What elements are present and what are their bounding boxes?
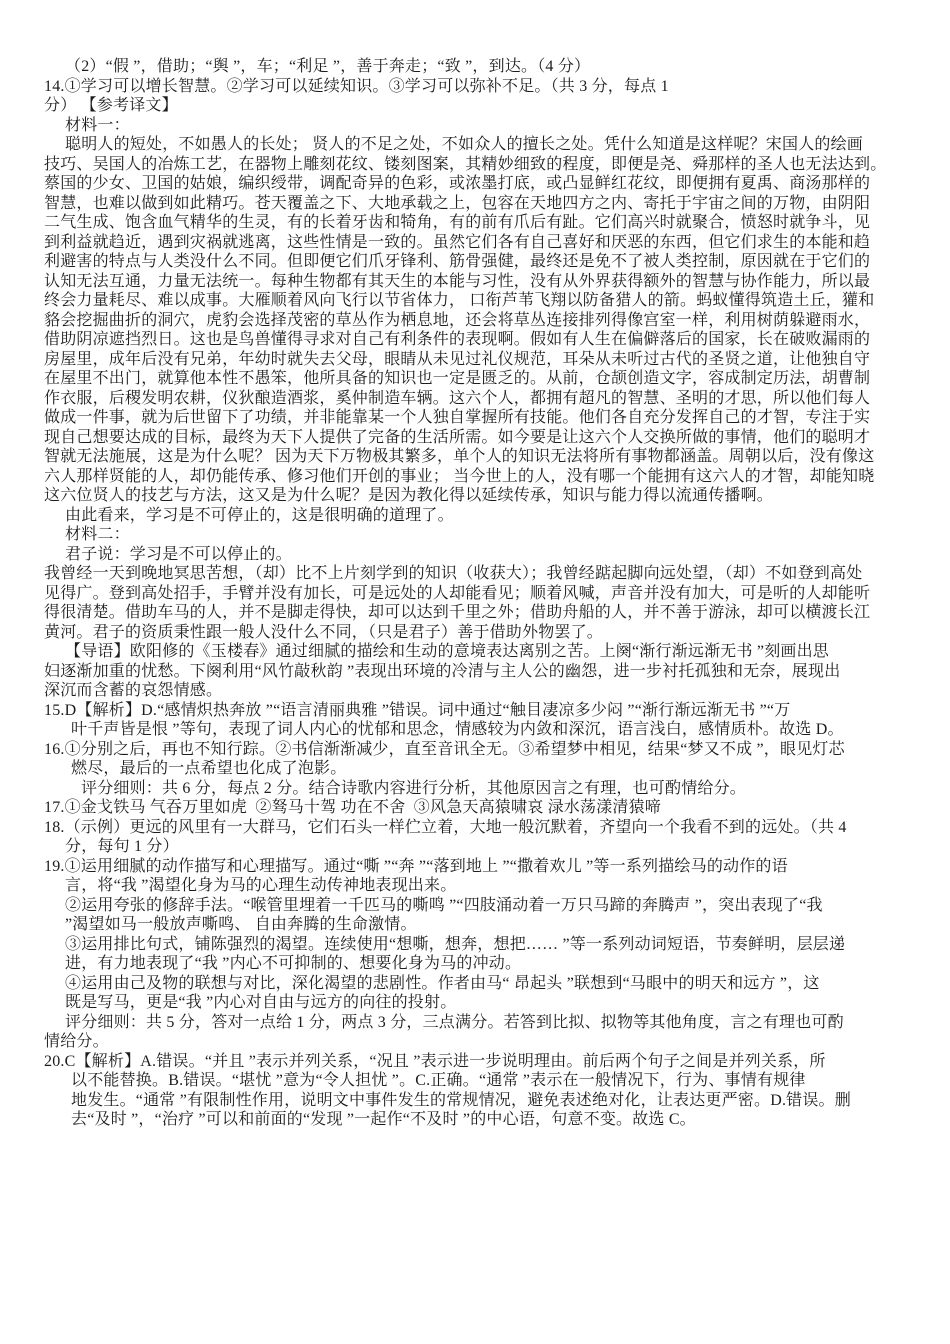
doc-line: 貉会挖掘曲折的洞穴，虎豹会选择茂密的草丛作为栖息地，还会将草丛连接排列得像宫室一…: [44, 311, 930, 331]
doc-line: 既是写马，更是“我 ”内心对自由与远方的向往的投射。: [44, 993, 930, 1013]
doc-line: 黄河。君子的资质秉性跟一般人没什么不同，（只是君子）善于借助外物罢了。: [44, 623, 930, 643]
doc-line: 妇逐渐加重的忧愁。下阕利用“风竹敲秋韵 ”表现出环境的冷清与主人公的幽怨，进一步…: [44, 662, 930, 682]
answer-document: （2）“假 ”，借助；“舆 ”，车；“利足 ”，善于奔走；“致 ”，到达。（4 …: [44, 57, 930, 1130]
doc-line: 分，每句 1 分）: [44, 837, 930, 857]
answer-sheet-page: （2）“假 ”，借助；“舆 ”，车；“利足 ”，善于奔走；“致 ”，到达。（4 …: [0, 0, 950, 1344]
doc-line: 到利益就趋近，遇到灾祸就逃离，这些性情是一致的。虽然它们各有自己喜好和厌恶的东西…: [44, 233, 930, 253]
doc-line: 得很清楚。借助车马的人，并不是脚走得快，却可以达到千里之外；借助舟船的人，并不善…: [44, 603, 930, 623]
doc-line: （2）“假 ”，借助；“舆 ”，车；“利足 ”，善于奔走；“致 ”，到达。（4 …: [44, 57, 930, 77]
doc-line: 20.C【解析】A.错误。“并且 ”表示并列关系，“况且 ”表示进一步说明理由。…: [44, 1052, 930, 1072]
doc-line: 深沉而含蓄的哀怨情感。: [44, 681, 930, 701]
doc-line: 我曾经一天到晚地冥思苦想，（却）比不上片刻学到的知识（收获大）；我曾经踮起脚向远…: [44, 564, 930, 584]
doc-line: 情给分。: [44, 1032, 930, 1052]
doc-line: 地发生。“通常 ”有限制性作用，说明文中事件发生的常规情况，避免表述绝对化，让表…: [44, 1091, 930, 1111]
doc-line: 这六位贤人的技艺与方法，这又是为什么呢？是因为教化得以延续传承，知识与能力得以流…: [44, 486, 930, 506]
doc-line: 评分细则：共 5 分，答对一点给 1 分，两点 3 分，三点满分。若答到比拟、拟…: [44, 1013, 930, 1033]
doc-line: 叶千声皆是恨 ”等句，表现了词人内心的忧郁和思念，情感较为内敛和深沉，语言浅白，…: [44, 720, 930, 740]
doc-line: 智慧，也难以做到如此精巧。苍天覆盖之下、大地承载之上，包容在天地四方之内、寄托于…: [44, 194, 930, 214]
doc-line: 以不能替换。B.错误。“堪忧 ”意为“令人担忧 ”。C.正确。“通常 ”表示在一…: [44, 1071, 930, 1091]
doc-line: 蔡国的少女、卫国的姑娘，编织绶带，调配奇异的色彩，或浓墨打底，或凸显鲜红花纹，即…: [44, 174, 930, 194]
doc-line: 15.D【解析】D.“感情炽热奔放 ”“语言清丽典雅 ”错误。词中通过“触目凄凉…: [44, 701, 930, 721]
doc-line: ②运用夸张的修辞手法。“喉管里埋着一千匹马的嘶鸣 ”“四肢涌动着一万只马蹄的奔腾…: [44, 896, 930, 916]
doc-line: 14.①学习可以增长智慧。②学习可以延续知识。③学习可以弥补不足。（共 3 分，…: [44, 77, 930, 97]
doc-line: 君子说：学习是不可以停止的。: [44, 545, 930, 565]
doc-line: 19.①运用细腻的动作描写和心理描写。通过“嘶 ”“奔 ”“落到地上 ”“撒着欢…: [44, 857, 930, 877]
doc-line: 言，将“我 ”渴望化身为马的心理生动传神地表现出来。: [44, 876, 930, 896]
doc-line: ”渴望如马一般放声嘶鸣、 自由奔腾的生命激情。: [44, 915, 930, 935]
doc-line: 二气生成、饱含血气精华的生灵，有的长着牙齿和犄角，有的前有爪后有趾。它们高兴时就…: [44, 213, 930, 233]
doc-line: 材料一：: [44, 116, 930, 136]
doc-line: 进，有力地表现了“我 ”内心不可抑制的、想要化身为马的冲动。: [44, 954, 930, 974]
doc-line: 去“及时 ”，“治疗 ”可以和前面的“发现 ”一起作“不及时 ”的中心语，句意不…: [44, 1110, 930, 1130]
doc-line: 认知无法互通，力量无法统一。每种生物都有其天生的本能与习性，没有从外界获得额外的…: [44, 272, 930, 292]
doc-line: 利避害的特点与人类没什么不同。但即便它们爪牙锋利、筋骨强健，最终还是免不了被人类…: [44, 252, 930, 272]
doc-line: 现自己想要达成的目标，最终为天下人提供了完备的生活所需。如今要是让这六个人交换所…: [44, 428, 930, 448]
doc-line: ④运用由己及物的联想与对比，深化渴望的悲剧性。作者由马“ 昂起头 ”联想到“马眼…: [44, 974, 930, 994]
doc-line: 智就无法施展，这是为什么呢？ 因为天下万物极其繁多，单个人的知识无法将所有事物都…: [44, 447, 930, 467]
doc-line: 燃尽，最后的一点希望也化成了泡影。: [44, 759, 930, 779]
doc-line: 借助阴凉遮挡烈日。这也是鸟兽懂得寻求对自己有利条件的表现啊。假如有人生在偏僻落后…: [44, 330, 930, 350]
doc-line: 由此看来，学习是不可停止的，这是很明确的道理了。: [44, 506, 930, 526]
doc-line: 评分细则：共 6 分，每点 2 分。结合诗歌内容进行分析，其他原因言之有理，也可…: [44, 779, 930, 799]
doc-line: 16.①分别之后，再也不知行踪。②书信渐渐减少，直至音讯全无。③希望梦中相见，结…: [44, 740, 930, 760]
doc-line: 分） 【参考译文】: [44, 96, 930, 116]
doc-line: 终会力量耗尽、难以成事。大雁顺着风向飞行以节省体力， 口衔芦苇飞翔以防备猎人的箭…: [44, 291, 930, 311]
doc-line: 作衣服，后稷发明农耕，仪狄酿造酒浆，奚仲制造车辆。这六个人，都拥有超凡的智慧、圣…: [44, 389, 930, 409]
doc-line: 做成一件事，就为后世留下了功绩，并非能靠某一个人独自掌握所有技能。他们各自充分发…: [44, 408, 930, 428]
doc-line: 在屋里不出门，就算他本性不愚笨，他所具备的知识也一定是匮乏的。从前，仓颉创造文字…: [44, 369, 930, 389]
doc-line: 技巧、吴国人的冶炼工艺，在器物上雕刻花纹、镂刻图案，其精妙细致的程度，即便是尧、…: [44, 155, 930, 175]
doc-line: 六人那样贤能的人，却仍能传承、修习他们开创的事业； 当今世上的人，没有哪一个能拥…: [44, 467, 930, 487]
doc-line: 17.①金戈铁马 气吞万里如虎 ②驽马十驾 功在不舍 ③风急天高猿啸哀 渌水荡漾…: [44, 798, 930, 818]
doc-line: 材料二：: [44, 525, 930, 545]
doc-line: 【导语】欧阳修的《玉楼春》通过细腻的描绘和生动的意境表达离别之苦。上阕“渐行渐远…: [44, 642, 930, 662]
doc-line: 聪明人的短处，不如愚人的长处； 贤人的不足之处，不如众人的擅长之处。凭什么知道是…: [44, 135, 930, 155]
doc-line: 见得广。登到高处招手，手臂并没有加长，可是远处的人却能看见；顺着风喊，声音并没有…: [44, 584, 930, 604]
doc-line: 房屋里，成年后没有兄弟，年幼时就失去父母，眼睛从未见过礼仪规范，耳朵从未听过古代…: [44, 350, 930, 370]
doc-line: 18.（示例）更远的风里有一大群马，它们石头一样伫立着，大地一般沉默着，齐望向一…: [44, 818, 930, 838]
doc-line: ③运用排比句式，铺陈强烈的渴望。连续使用“想嘶，想奔，想把…… ”等一系列动词短…: [44, 935, 930, 955]
